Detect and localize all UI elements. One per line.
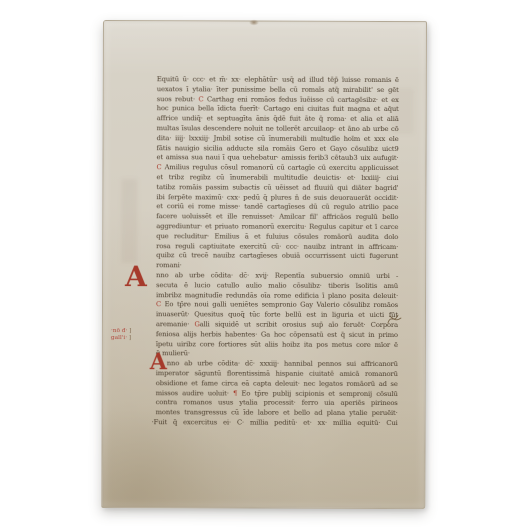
text-segment: feniosa alijs herbis habentes· Ga hoc cō… <box>156 330 398 339</box>
margin-note-left: ·nō đ· ]gall'i· ] <box>111 328 155 343</box>
text-segment: fātis nauigio sicilia adducte sila romāi… <box>157 144 399 153</box>
text-segment: q̄ mulierū· <box>156 349 190 357</box>
text-block: Equitū ū· ccc· et m̄· xx· elephātūr· usq… <box>156 75 399 429</box>
text-segment: secuta ē lucio catullo aulio malio cōsul… <box>156 281 398 290</box>
margin-bracket: ] <box>127 328 131 334</box>
text-segment: Equitū ū· ccc· et m̄· xx· elephātūr· usq… <box>157 75 399 84</box>
ink-bleedthrough-smudge <box>121 179 137 263</box>
text-segment: Carthag eni romāos fedus īuēisse cū cart… <box>207 95 399 104</box>
edge-speck <box>249 20 259 26</box>
text-segment: obsidione et fame circa eā capta deleuit… <box>156 379 398 388</box>
text-segment: tatibz romāis passim subactis cū uēisset… <box>156 183 398 192</box>
rubric-mark: C <box>156 163 164 171</box>
parchment-page: Equitū ū· ccc· et m̄· xx· elephātūr· usq… <box>101 20 427 509</box>
parchment-light-band <box>104 21 426 77</box>
text-segment: uexatos ī ytalia· īter punissime bella c… <box>157 85 399 94</box>
text-segment: ibi ſerpēte maximū· cxx· pedū q̄ plures … <box>156 193 398 202</box>
text-line: īpetu uiribz core fortiores sūt aliis ho… <box>156 340 398 351</box>
text-segment: missos audire uoluit· <box>156 389 233 397</box>
text-segment: nno ab urbe cōdita· dc̄· xxxiij· hanniba… <box>167 359 398 368</box>
text-segment: facere uoluissēt et ille renuisset· Amil… <box>156 212 398 221</box>
initial-capital: A <box>125 264 147 290</box>
text-segment: dita· iiij· lxxxiij· Jmbil sotise cū īnu… <box>157 134 399 143</box>
text-segment: quibz cū trecē nauibz cartagīeses obuiā … <box>156 252 398 261</box>
text-segment: et tribz regibz cū īnumerabili multitudī… <box>156 173 398 182</box>
margin-scribble-mark <box>386 311 403 326</box>
margin-note-line: gall'i· ] <box>111 335 155 342</box>
text-segment: alli siquidē ut scribit orosius sup̄ aīo… <box>200 320 398 329</box>
text-line: ·Fuit q̄ excercitus ei· C· millia peditū… <box>152 418 398 429</box>
text-segment: que recluditur· Emilius ā et fuluius cōs… <box>156 232 398 241</box>
text-segment: īpetu uiribz core fortiores sūt aliis ho… <box>156 340 398 349</box>
text-segment: montes transgressus cū īde labore et bel… <box>156 408 398 417</box>
text-segment: suos rebut· <box>157 95 199 103</box>
text-segment: hoc punica bella īdicta fuerīt· Cartago … <box>157 105 399 114</box>
margin-note-text: ·nō đ· <box>111 328 127 334</box>
margin-bracket: ] <box>127 335 131 341</box>
text-segment: imperator sāguntū florentissimā hispanie… <box>156 369 398 378</box>
rubric-mark: C <box>156 301 165 309</box>
text-segment: contra romanos usus ytalia processit· fe… <box>156 398 398 407</box>
text-segment: nno ab urbe cōdita· dc̄· xvij· Repentīa … <box>156 271 398 280</box>
text-segment: et amissa sua naui ī qua uehebatur· amis… <box>157 154 399 163</box>
text-segment: et coriū ei rome misse· tandē cartagīese… <box>156 203 398 212</box>
text-segment: multas īsulas descendere noluit ne tolle… <box>157 124 399 133</box>
text-segment: aremanie· <box>156 320 194 328</box>
text-segment: rosa reguli captiuitate exercitū cū· ccc… <box>156 242 398 251</box>
poster-photo: Equitū ū· ccc· et m̄· xx· elephātūr· usq… <box>0 0 530 530</box>
text-line: quibz cū trecē nauibz cartagīeses obuiā … <box>156 252 398 263</box>
text-segment: romani· <box>156 261 182 269</box>
text-segment: imbribz magnitudīe redundās oīa rome edi… <box>156 291 398 300</box>
text-segment: affrice undiq̄· et septuagīta ānis q̄dē … <box>157 114 399 123</box>
text-segment: Eo tp̄re publij scipionis et sempronij c… <box>241 389 397 398</box>
rubric-mark: C <box>198 95 207 103</box>
text-segment: inuaserūt· Quesitus quoq̄ tūc forte bell… <box>156 310 398 319</box>
text-segment: Amilius regulus cōsul romanorū cū cartag… <box>165 163 399 172</box>
margin-note-text: gall'i· <box>111 335 127 341</box>
rubric-mark: ¶ <box>233 389 241 397</box>
text-segment: aggrediuntur· et priuato romanorū exerci… <box>156 222 398 231</box>
text-segment: Eo tp̄re noui galli ueniētes sempronio G… <box>165 301 398 310</box>
text-segment: ·Fuit q̄ excercitus ei· C· millia peditū… <box>152 418 398 427</box>
